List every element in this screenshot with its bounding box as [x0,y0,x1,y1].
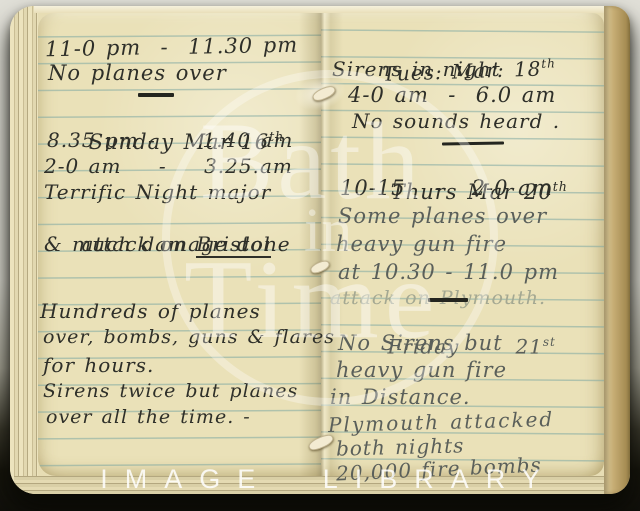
scanned-diary-photo: 11-0 pm - 11.30 pm No planes over Sunday… [0,0,640,511]
handwritten-line: No sounds heard . [352,108,560,134]
handwritten-line: heavy gun fire [336,357,507,383]
handwritten-line: No Sirens but [338,330,503,356]
ordinal-suffix: th [553,179,568,194]
handwritten-line: Hundreds of planes [40,298,261,324]
handwritten-line: 4-0 am - 6.0 am [348,82,556,108]
ordinal-suffix: th [541,56,556,70]
handwritten-line: Some planes over [338,203,547,229]
ordinal-suffix: st [543,335,556,349]
handwritten-line: 10-15 - 2-0 am [340,175,553,201]
page-edge-top [34,6,608,13]
overline-mark [428,298,468,302]
handwritten-line: at 10.30 - 11.0 pm [338,259,559,285]
handwritten-line: for hours. [43,352,154,378]
handwritten-line: heavy gun fire [336,231,507,257]
handwritten-line: No planes over [48,60,227,86]
page-edge-stack-bottom [14,476,608,494]
overline-mark [138,93,174,97]
handwritten-line: over all the time. - [46,404,251,430]
page-edge-stack-left [10,6,38,494]
handwritten-line: Terrific Night major [44,179,271,205]
handwritten-line: Sirens in night [332,56,501,82]
handwritten-line: 8.35 pm - 1.40 am [47,127,293,153]
handwritten-line: Sirens twice but planes [43,378,298,404]
notebook-cover-edge [604,6,630,494]
handwritten-line: & much damage done [44,231,291,257]
handwritten-line: in Distance. [330,384,471,410]
handwritten-line: 2-0 am - 3.25.am [44,153,293,179]
handwritten-line: over, bombs, guns & flares [43,324,335,350]
handwritten-line: 11-0 pm - 11.30 pm [45,32,299,62]
